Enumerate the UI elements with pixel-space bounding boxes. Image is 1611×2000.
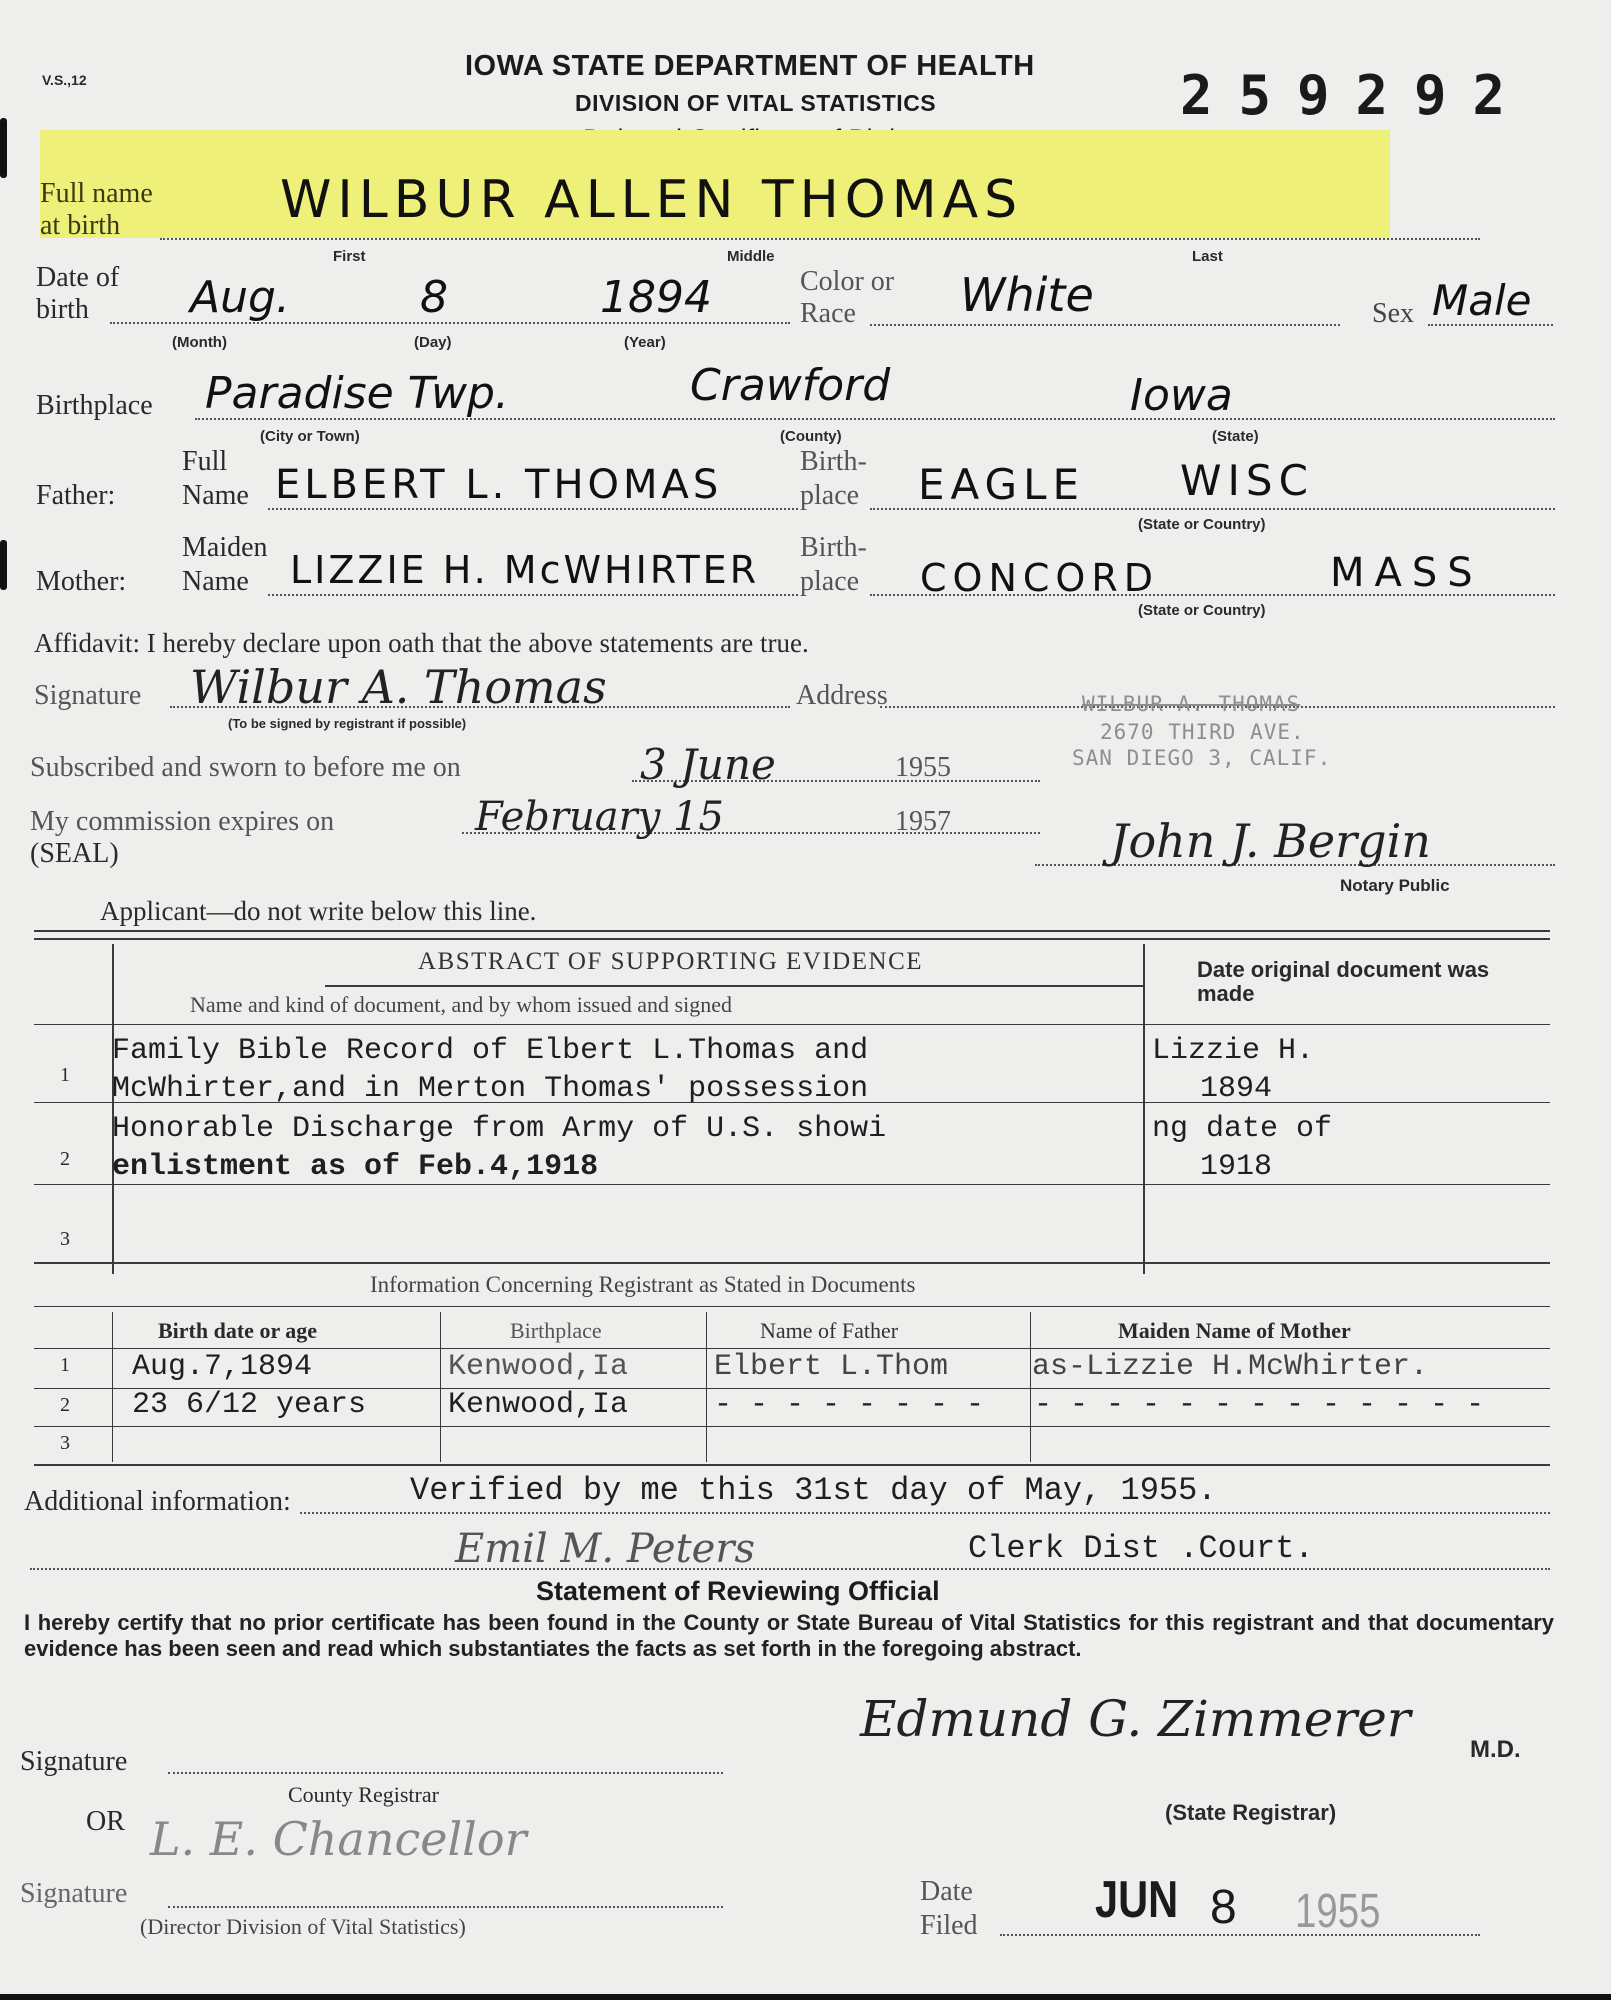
abstract-row-2-date-2: 1918 — [1200, 1150, 1272, 1184]
abstract-row-1-date-2: 1894 — [1200, 1072, 1272, 1106]
full-name-label-2: at birth — [40, 210, 120, 242]
father-birthplace-label-2: place — [800, 480, 859, 512]
signature-label: Signature — [34, 680, 141, 712]
birthplace-city: Paradise Twp. — [205, 368, 509, 419]
father-name-line — [268, 508, 798, 510]
full-name-value: WILBUR ALLEN THOMAS — [280, 170, 1023, 230]
md-label: M.D. — [1470, 1736, 1521, 1764]
race-line — [870, 324, 1340, 326]
birthplace-city-caption: (City or Town) — [260, 428, 360, 445]
address-stamp-name: WILBUR A. THOMAS — [1082, 692, 1300, 716]
divider — [34, 1262, 1550, 1264]
father-birthplace-city: EAGLE — [918, 460, 1085, 509]
race-label: Color or — [800, 266, 894, 298]
date-filed-year: 1955 — [1295, 1884, 1380, 1939]
abstract-row-2-date-1: ng date of — [1152, 1112, 1332, 1146]
father-birthplace-label: Birth- — [800, 446, 867, 478]
address-label: Address — [796, 680, 888, 712]
table-border — [112, 944, 114, 1274]
county-registrar-label: County Registrar — [288, 1782, 439, 1808]
sworn-date: 3 June — [640, 740, 776, 789]
first-name-caption: First — [333, 248, 366, 265]
date-filed-label-2: Filed — [920, 1910, 978, 1942]
mother-name-label: Maiden — [182, 532, 268, 564]
header-division: DIVISION OF VITAL STATISTICS — [575, 90, 936, 117]
divider — [34, 930, 1550, 932]
mother-birthplace-caption: (State or Country) — [1138, 602, 1266, 619]
additional-line-2-rule — [30, 1568, 1550, 1570]
table-border — [1143, 944, 1145, 1274]
additional-label: Additional information: — [24, 1486, 291, 1518]
abstract-row-2-line-1: Honorable Discharge from Army of U.S. sh… — [112, 1112, 886, 1146]
date-filed-day: 8 — [1210, 1880, 1237, 1935]
review-signature-line-2 — [168, 1906, 723, 1908]
abstract-row-2-line-2: enlistment as of Feb.4,1918 — [112, 1150, 598, 1184]
mother-name-line — [268, 594, 798, 596]
father-name-label: Full — [182, 446, 227, 478]
binding-mark — [0, 540, 7, 590]
documents-row-1-father: Elbert L.Thom — [714, 1350, 948, 1384]
mother-name-label-2: Name — [182, 566, 249, 598]
review-text: I hereby certify that no prior certifica… — [24, 1610, 1554, 1662]
documents-row-1-birth: Aug.7,1894 — [132, 1350, 312, 1384]
date-filed-line — [1000, 1934, 1480, 1936]
delayed-birth-certificate: V.S.,12 IOWA STATE DEPARTMENT OF HEALTH … — [0, 0, 1611, 2000]
seal-label: (SEAL) — [30, 838, 119, 870]
middle-name-caption: Middle — [727, 248, 775, 265]
abstract-col-document: Name and kind of document, and by whom i… — [190, 992, 732, 1018]
table-border — [440, 1312, 441, 1462]
dob-label-2: birth — [36, 294, 89, 326]
divider — [34, 1348, 1550, 1349]
birthplace-label: Birthplace — [36, 390, 153, 422]
table-border — [706, 1312, 707, 1462]
dob-day: 8 — [420, 272, 448, 323]
notary-label: Notary Public — [1340, 876, 1450, 896]
sworn-year: 1955 — [895, 752, 951, 784]
review-title: Statement of Reviewing Official — [536, 1576, 940, 1607]
sworn-label: Subscribed and sworn to before me on — [30, 752, 461, 784]
dob-label: Date of — [36, 262, 119, 294]
table-border — [112, 1312, 113, 1462]
race-value: White — [960, 268, 1094, 322]
mother-birthplace-state: MASS — [1330, 550, 1483, 596]
last-name-caption: Last — [1192, 248, 1223, 265]
affidavit-text: Affidavit: I hereby declare upon oath th… — [34, 628, 809, 659]
divider — [34, 1024, 1550, 1025]
table-border — [1030, 1312, 1031, 1462]
sex-label: Sex — [1372, 298, 1414, 330]
dob-day-caption: (Day) — [414, 334, 452, 351]
dob-year-caption: (Year) — [624, 334, 666, 351]
abstract-row-1-line-1: Family Bible Record of Elbert L.Thomas a… — [112, 1034, 868, 1068]
additional-line-2: Clerk Dist .Court. — [968, 1530, 1314, 1567]
father-name-value: ELBERT L. THOMAS — [275, 462, 722, 508]
father-label: Father: — [36, 480, 115, 512]
father-name-label-2: Name — [182, 480, 249, 512]
documents-row-2-mother: - - - - - - - - - - - - - — [1034, 1388, 1484, 1422]
birthplace-state: Iowa — [1130, 370, 1233, 421]
mother-name-value: LIZZIE H. McWHIRTER — [290, 548, 759, 592]
documents-row-num: 3 — [60, 1432, 70, 1455]
sex-value: Male — [1432, 276, 1531, 325]
birthplace-county: Crawford — [690, 360, 890, 411]
race-label-2: Race — [800, 298, 856, 330]
divider — [34, 1306, 1550, 1307]
documents-col-father: Name of Father — [760, 1318, 898, 1344]
address-stamp-street: 2670 THIRD AVE. — [1100, 720, 1305, 744]
abstract-col-date: Date original document was made — [1197, 958, 1527, 1006]
documents-row-1-mother: as-Lizzie H.McWhirter. — [1032, 1350, 1428, 1384]
mother-birthplace-label-2: place — [800, 566, 859, 598]
form-code: V.S.,12 — [42, 72, 87, 88]
documents-row-2-place: Kenwood,Ia — [448, 1388, 628, 1422]
review-signature-line — [168, 1772, 723, 1774]
bottom-edge — [0, 1994, 1611, 2000]
divider — [34, 938, 1550, 940]
clerk-signature: Emil M. Peters — [455, 1526, 755, 1572]
divider — [34, 1426, 1550, 1427]
commission-label: My commission expires on — [30, 806, 334, 838]
director-signature: L. E. Chancellor — [150, 1812, 527, 1866]
documents-col-birthplace: Birthplace — [510, 1318, 602, 1344]
abstract-row-1-date-1: Lizzie H. — [1152, 1034, 1314, 1068]
mother-label: Mother: — [36, 566, 126, 598]
abstract-row-num: 3 — [60, 1228, 70, 1251]
documents-row-1-place: Kenwood,Ia — [448, 1350, 628, 1384]
divider — [34, 1184, 1550, 1185]
divider — [34, 1464, 1550, 1466]
father-birthplace-caption: (State or Country) — [1138, 516, 1266, 533]
state-registrar-label: (State Registrar) — [1165, 1800, 1336, 1826]
additional-line — [300, 1512, 1550, 1514]
commission-date: February 15 — [475, 794, 724, 840]
divider — [34, 1102, 1550, 1103]
registrant-signature: Wilbur A. Thomas — [190, 660, 607, 714]
abstract-row-num: 1 — [60, 1064, 70, 1087]
review-signature-label: Signature — [20, 1746, 127, 1778]
notary-signature: John J. Bergin — [1110, 814, 1431, 868]
abstract-title: ABSTRACT OF SUPPORTING EVIDENCE — [418, 948, 923, 976]
documents-col-birth: Birth date or age — [158, 1318, 317, 1344]
or-label: OR — [86, 1806, 125, 1838]
abstract-row-1-line-2: McWhirter,and in Merton Thomas' possessi… — [112, 1072, 868, 1106]
full-name-line — [160, 238, 1480, 240]
mother-birthplace-label: Birth- — [800, 532, 867, 564]
dob-year: 1894 — [600, 272, 712, 323]
documents-col-mother: Maiden Name of Mother — [1118, 1318, 1351, 1344]
dob-month: Aug. — [190, 272, 290, 323]
additional-line-1: Verified by me this 31st day of May, 195… — [410, 1472, 1217, 1509]
documents-row-2-birth: 23 6/12 years — [132, 1388, 366, 1422]
state-registrar-signature: Edmund G. Zimmerer — [860, 1690, 1411, 1748]
documents-row-num: 1 — [60, 1354, 70, 1377]
address-stamp-city: SAN DIEGO 3, CALIF. — [1072, 746, 1331, 770]
signature-note: (To be signed by registrant if possible) — [228, 716, 466, 731]
father-birthplace-state: WISC — [1180, 456, 1314, 505]
birthplace-county-caption: (County) — [780, 428, 842, 445]
serial-number: 259292 — [1180, 64, 1531, 127]
review-signature-label-2: Signature — [20, 1878, 127, 1910]
full-name-label: Full name — [40, 178, 153, 210]
header-department: IOWA STATE DEPARTMENT OF HEALTH — [465, 50, 1035, 83]
director-label: (Director Division of Vital Statistics) — [140, 1914, 466, 1940]
commission-year: 1957 — [895, 806, 951, 838]
date-filed-label: Date — [920, 1876, 973, 1908]
applicant-notice: Applicant—do not write below this line. — [100, 896, 536, 927]
divider — [325, 985, 1143, 987]
abstract-row-num: 2 — [60, 1148, 70, 1171]
date-filed-month: JUN — [1095, 1870, 1178, 1930]
binding-mark — [0, 118, 7, 178]
documents-title: Information Concerning Registrant as Sta… — [370, 1272, 916, 1298]
birthplace-state-caption: (State) — [1212, 428, 1259, 445]
documents-row-2-father: - - - - - - - - — [714, 1388, 984, 1422]
dob-month-caption: (Month) — [172, 334, 227, 351]
documents-row-num: 2 — [60, 1394, 70, 1417]
mother-birthplace-city: CONCORD — [920, 556, 1159, 600]
